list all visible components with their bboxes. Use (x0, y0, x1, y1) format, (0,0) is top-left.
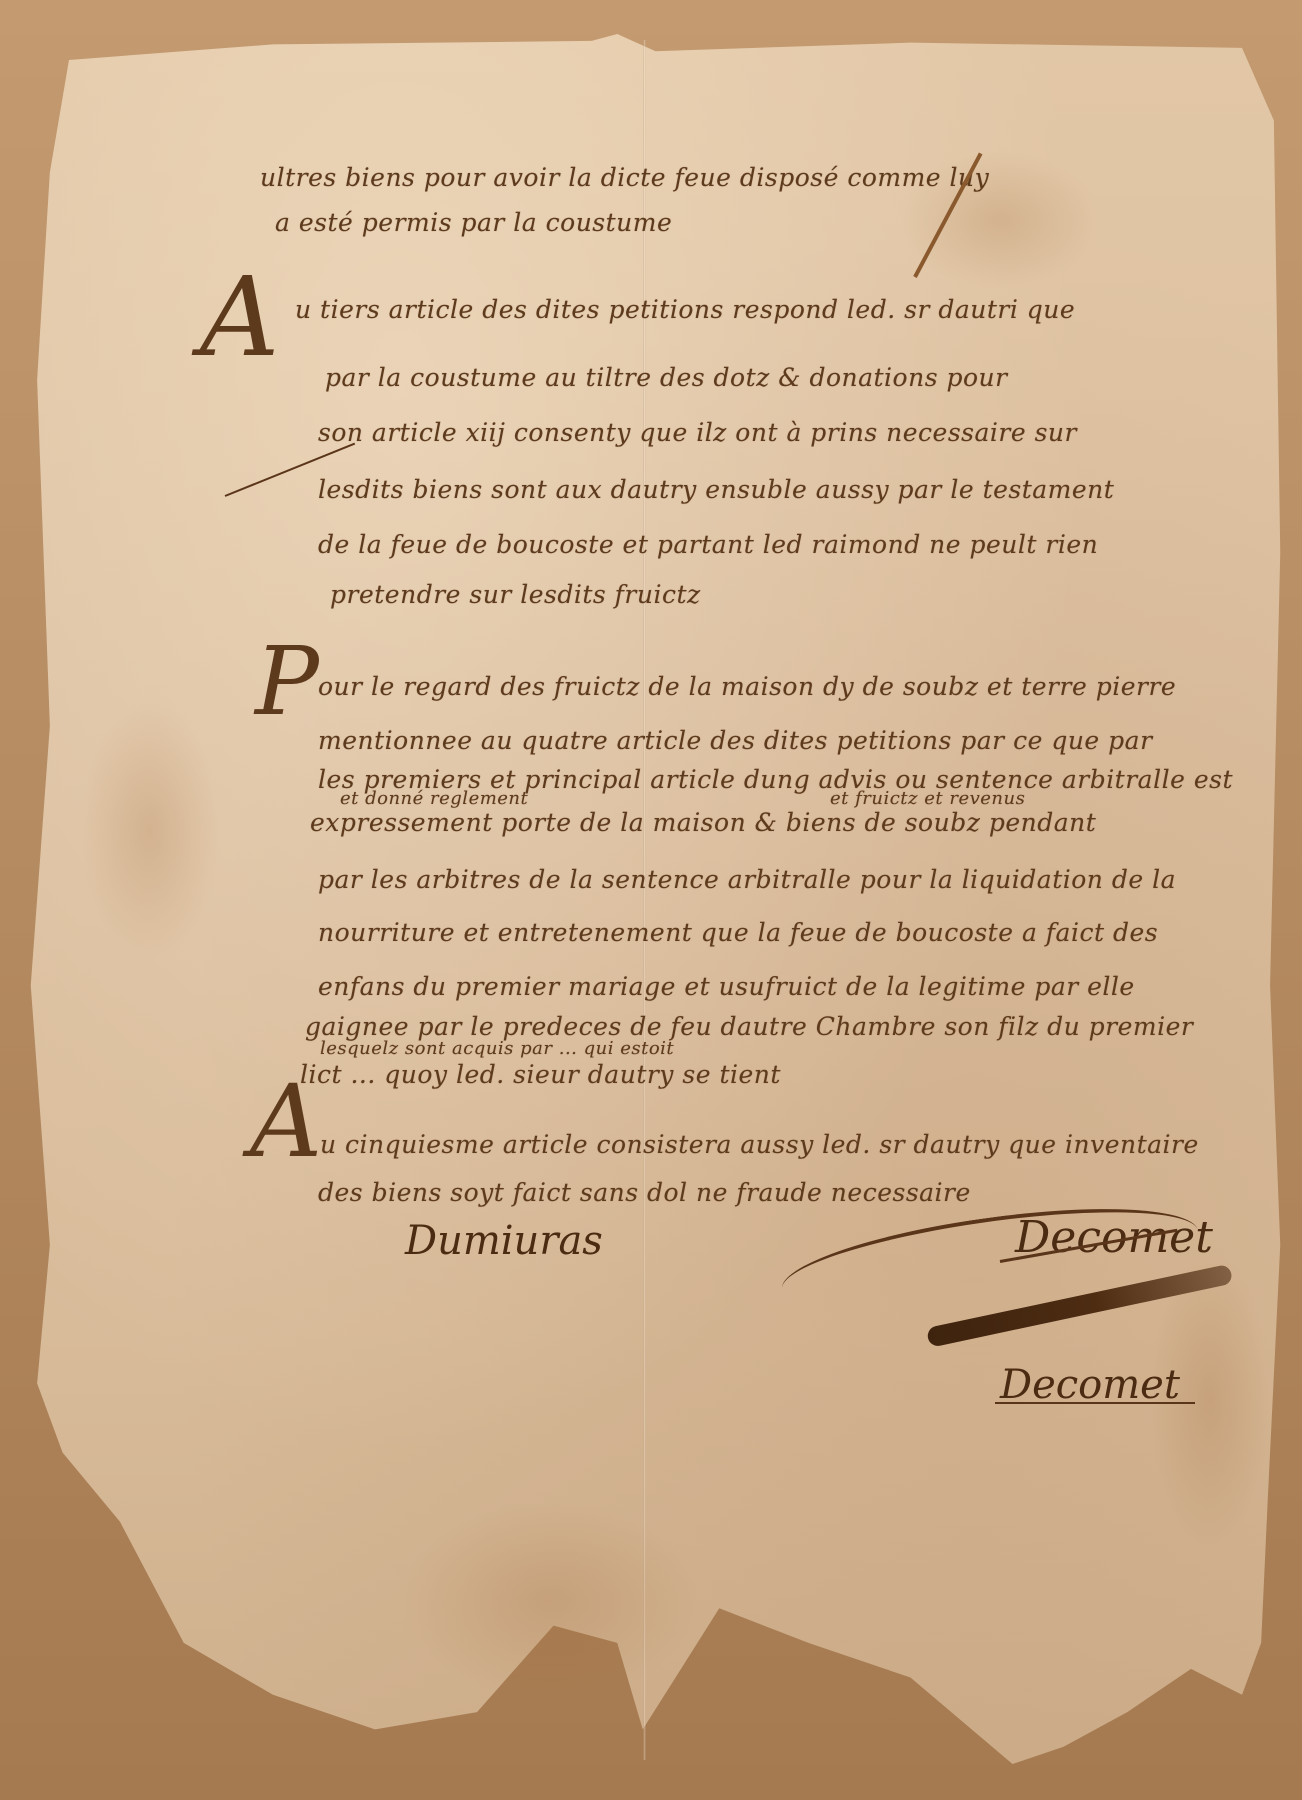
manuscript-line: ultres biens pour avoir la dicte feue di… (260, 163, 989, 192)
water-stain (400, 1500, 700, 1700)
manuscript-line: lict ... quoy led. sieur dautry se tient (300, 1060, 781, 1089)
interlinear-note: et fruictz et revenus (830, 788, 1025, 809)
interlinear-note: et donné reglement (340, 788, 528, 809)
signature: Decomet (1015, 1212, 1213, 1263)
manuscript-line: u tiers article des dites petitions resp… (295, 295, 1075, 324)
drop-initial: P (255, 635, 319, 730)
drop-initial: A (200, 262, 279, 372)
manuscript-line: our le regard des fruictz de la maison d… (318, 672, 1176, 701)
interlinear-note: lesquelz sont acquis par ... qui estoit (320, 1038, 674, 1059)
manuscript-line: lesdits biens sont aux dautry ensuble au… (318, 475, 1114, 504)
signature-underline (995, 1402, 1195, 1404)
manuscript-line: gaignee par le predeces de feu dautre Ch… (305, 1012, 1193, 1041)
manuscript-line: a esté permis par la coustume (275, 208, 672, 237)
manuscript-line: de la feue de boucoste et partant led ra… (318, 530, 1098, 559)
manuscript-line: mentionnee au quatre article des dites p… (318, 726, 1153, 755)
closing-notation: Dumiuras (405, 1218, 603, 1264)
manuscript-line: par les arbitres de la sentence arbitral… (318, 865, 1176, 894)
manuscript-line: u cinquiesme article consistera aussy le… (320, 1130, 1199, 1159)
manuscript-line: expressement porte de la maison & biens … (310, 808, 1096, 837)
manuscript-line: son article xiij consenty que ilz ont à … (318, 418, 1077, 447)
water-stain (80, 700, 220, 960)
manuscript-line: des biens soyt faict sans dol ne fraude … (318, 1178, 971, 1207)
manuscript-line: par la coustume au tiltre des dotz & don… (325, 363, 1008, 392)
manuscript-line: enfans du premier mariage et usufruict d… (318, 972, 1135, 1001)
manuscript-line: pretendre sur lesdits fruictz (330, 580, 701, 609)
drop-initial: A (250, 1072, 322, 1172)
manuscript-line: nourriture et entretenement que la feue … (318, 918, 1158, 947)
